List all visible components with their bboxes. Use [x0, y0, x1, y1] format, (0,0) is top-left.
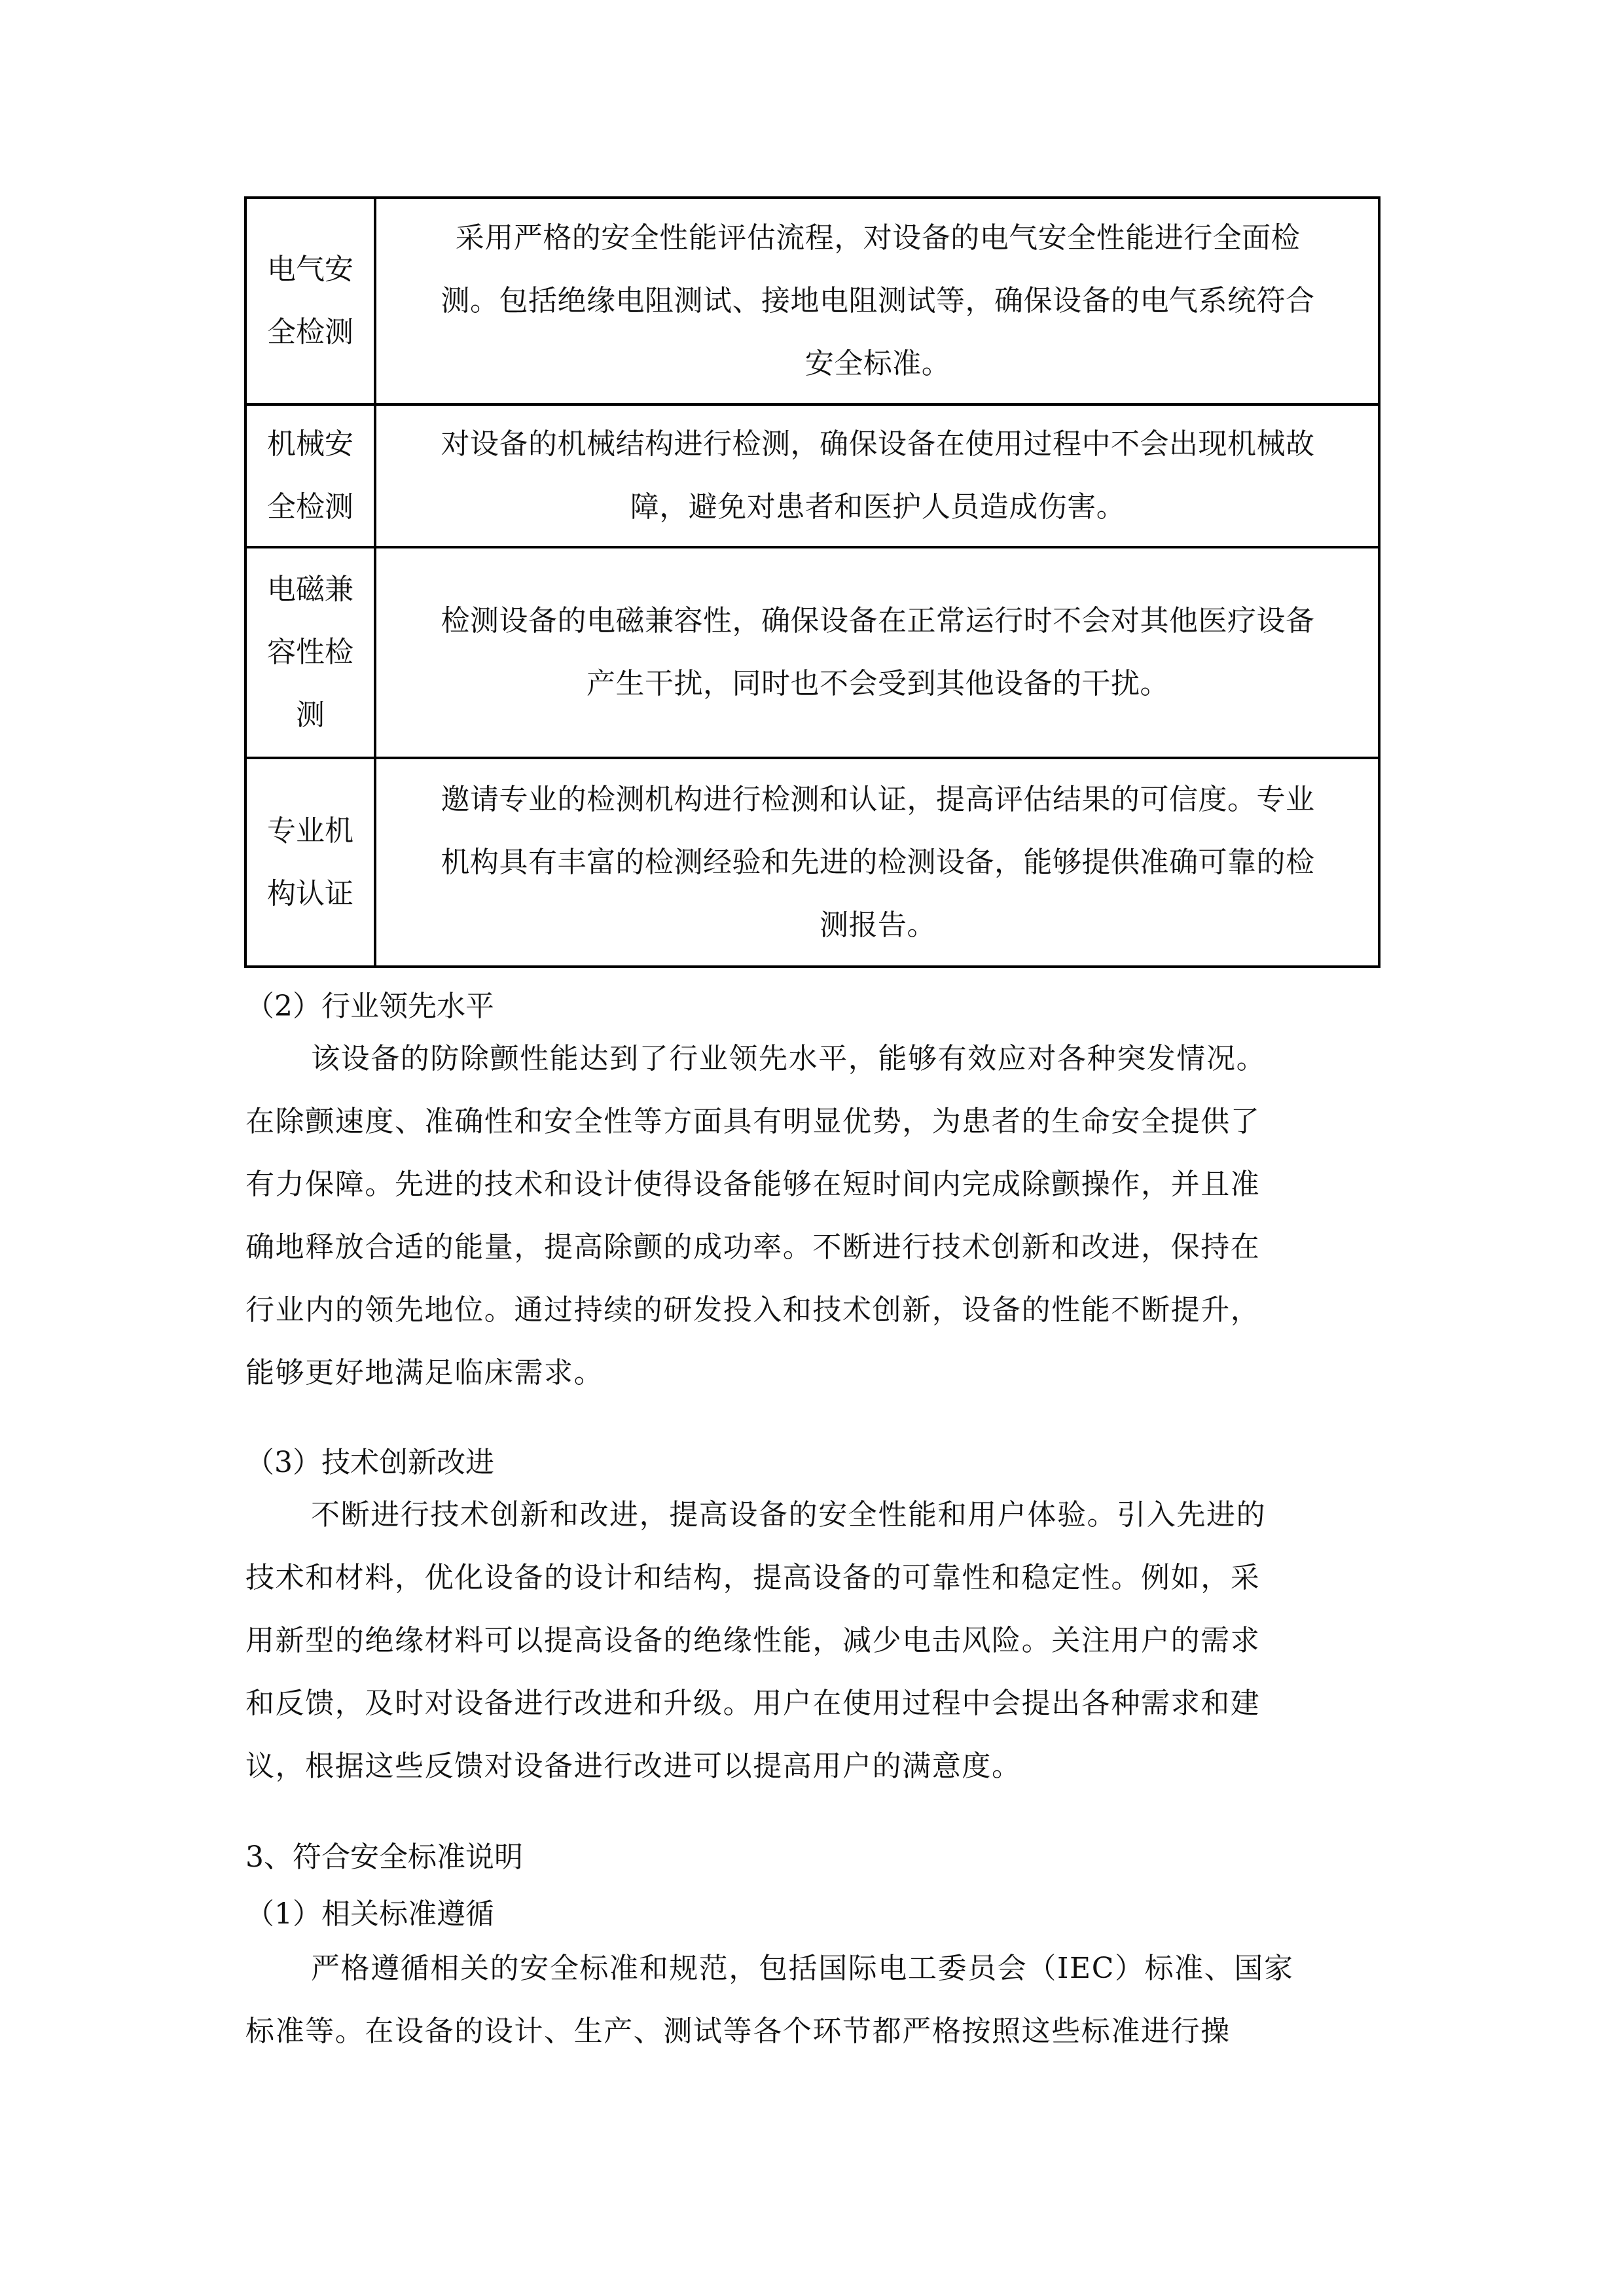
table-row-electrical-safety: 电气安 全检测 采用严格的安全性能评估流程，对设备的电气安全性能进行全面检 测。…	[245, 198, 1379, 404]
table-row-description: 采用严格的安全性能评估流程，对设备的电气安全性能进行全面检 测。包括绝缘电阻测试…	[375, 198, 1379, 404]
table-row-label: 电磁兼 容性检 测	[245, 547, 375, 758]
table-row-mechanical-safety: 机械安 全检测 对设备的机械结构进行检测，确保设备在使用过程中不会出现机械故 障…	[245, 404, 1379, 547]
table-row-description: 检测设备的电磁兼容性，确保设备在正常运行时不会对其他医疗设备 产生干扰，同时也不…	[375, 547, 1379, 758]
safety-testing-table: 电气安 全检测 采用严格的安全性能评估流程，对设备的电气安全性能进行全面检 测。…	[244, 196, 1380, 968]
paragraph: 不断进行技术创新和改进，提高设备的安全性能和用户体验。引入先进的 技术和材料，优…	[245, 1484, 1381, 1798]
table-row-label: 专业机 构认证	[245, 758, 375, 967]
paragraph: 严格遵循相关的安全标准和规范，包括国际电工委员会（IEC）标准、国家 标准等。在…	[245, 1937, 1381, 2063]
chapter-heading: 3、符合安全标准说明	[245, 1838, 523, 1877]
paragraph: 该设备的防除颤性能达到了行业领先水平，能够有效应对各种突发情况。 在除颤速度、准…	[245, 1028, 1381, 1405]
table-row-label: 机械安 全检测	[245, 404, 375, 547]
table-row-label: 电气安 全检测	[245, 198, 375, 404]
table-row-description: 对设备的机械结构进行检测，确保设备在使用过程中不会出现机械故 障，避免对患者和医…	[375, 404, 1379, 547]
table-row-emc: 电磁兼 容性检 测 检测设备的电磁兼容性，确保设备在正常运行时不会对其他医疗设备…	[245, 547, 1379, 758]
section-heading: （1）相关标准遵循	[245, 1895, 494, 1934]
table-row-description: 邀请专业的检测机构进行检测和认证，提高评估结果的可信度。专业 机构具有丰富的检测…	[375, 758, 1379, 967]
table-row-certification: 专业机 构认证 邀请专业的检测机构进行检测和认证，提高评估结果的可信度。专业 机…	[245, 758, 1379, 967]
section-heading: （2）行业领先水平	[245, 987, 494, 1026]
section-heading: （3）技术创新改进	[245, 1443, 494, 1482]
document-page: 电气安 全检测 采用严格的安全性能评估流程，对设备的电气安全性能进行全面检 测。…	[0, 0, 1624, 2296]
